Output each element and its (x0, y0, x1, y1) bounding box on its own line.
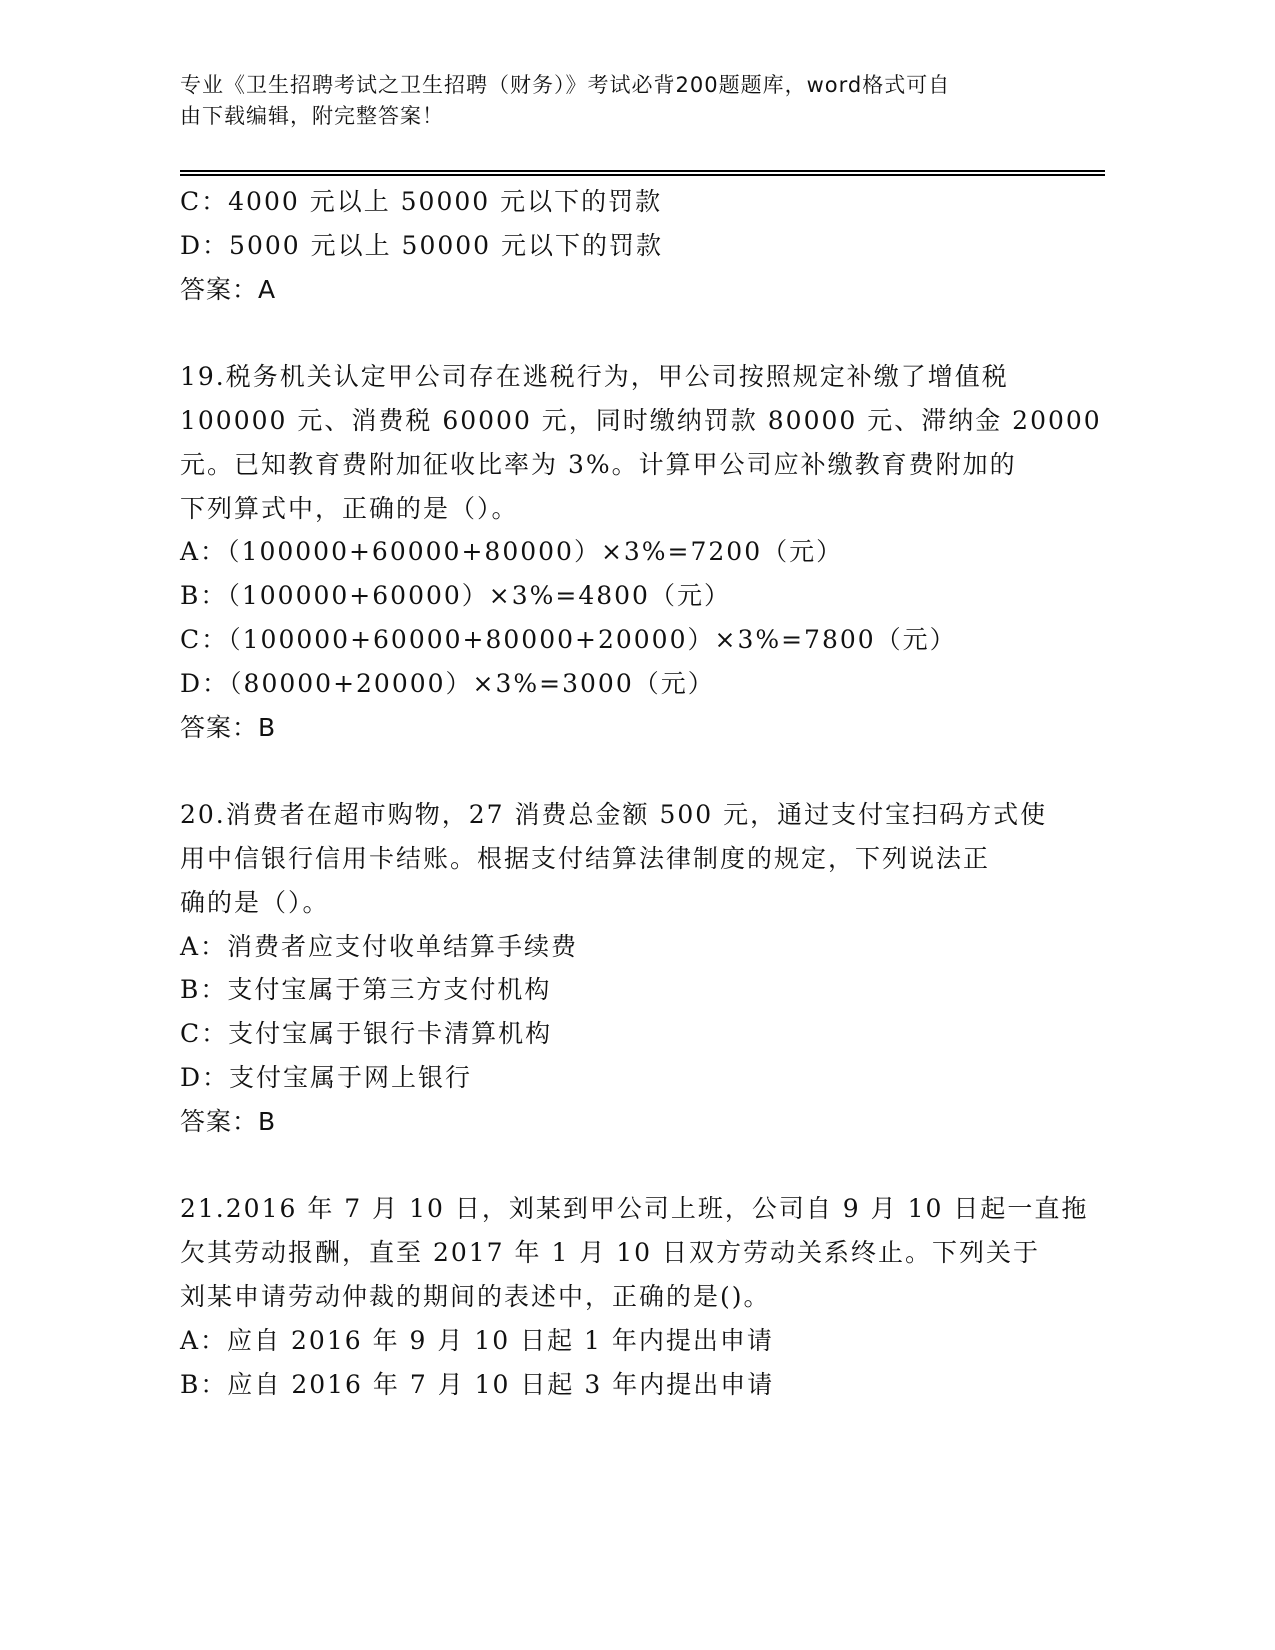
question-stem-line: 确的是（）。 (180, 881, 1040, 925)
option-a: A：消费者应支付收单结算手续费 (180, 925, 1040, 969)
document-header: 专业《卫生招聘考试之卫生招聘（财务）》考试必背200题题库，word格式可自 由… (180, 70, 1060, 132)
question-stem-line: 欠其劳动报酬，直至 2017 年 1 月 10 日双方劳动关系终止。下列关于 (180, 1231, 1040, 1275)
answer: 答案：A (180, 268, 1040, 312)
question-20: 20.消费者在超市购物，27 消费总金额 500 元，通过支付宝扫码方式使 用中… (180, 793, 1040, 1143)
prev-question-block: C：4000 元以上 50000 元以下的罚款 D：5000 元以上 50000… (180, 180, 1040, 311)
option-b: B：支付宝属于第三方支付机构 (180, 968, 1040, 1012)
question-stem-line: 21.2016 年 7 月 10 日，刘某到甲公司上班，公司自 9 月 10 日… (180, 1187, 1040, 1231)
option-a: A：应自 2016 年 9 月 10 日起 1 年内提出申请 (180, 1319, 1040, 1363)
option-b: B：应自 2016 年 7 月 10 日起 3 年内提出申请 (180, 1363, 1040, 1407)
header-double-rule (180, 170, 1105, 176)
question-stem-line: 刘某申请劳动仲裁的期间的表述中，正确的是()。 (180, 1275, 1040, 1319)
option-d: D：支付宝属于网上银行 (180, 1056, 1040, 1100)
question-stem-line: 元。已知教育费附加征收比率为 3%。计算甲公司应补缴教育费附加的 (180, 443, 1040, 487)
answer: 答案：B (180, 706, 1040, 750)
option-d: D：5000 元以上 50000 元以下的罚款 (180, 224, 1040, 268)
question-stem-line: 100000 元、消费税 60000 元，同时缴纳罚款 80000 元、滞纳金 … (180, 399, 1040, 443)
option-c: C：（100000+60000+80000+20000）×3%=7800（元） (180, 618, 1040, 662)
option-d: D：（80000+20000）×3%=3000（元） (180, 662, 1040, 706)
option-c: C：4000 元以上 50000 元以下的罚款 (180, 180, 1040, 224)
header-line-2: 由下载编辑，附完整答案！ (180, 101, 1060, 132)
document-body: C：4000 元以上 50000 元以下的罚款 D：5000 元以上 50000… (180, 180, 1040, 1406)
question-stem-line: 用中信银行信用卡结账。根据支付结算法律制度的规定，下列说法正 (180, 837, 1040, 881)
question-stem-line: 19.税务机关认定甲公司存在逃税行为，甲公司按照规定补缴了增值税 (180, 355, 1040, 399)
question-21: 21.2016 年 7 月 10 日，刘某到甲公司上班，公司自 9 月 10 日… (180, 1187, 1040, 1406)
question-19: 19.税务机关认定甲公司存在逃税行为，甲公司按照规定补缴了增值税 100000 … (180, 355, 1040, 749)
option-c: C：支付宝属于银行卡清算机构 (180, 1012, 1040, 1056)
question-stem-line: 下列算式中，正确的是（）。 (180, 487, 1040, 531)
option-b: B：（100000+60000）×3%=4800（元） (180, 574, 1040, 618)
header-line-1: 专业《卫生招聘考试之卫生招聘（财务）》考试必背200题题库，word格式可自 (180, 70, 1060, 101)
question-stem-line: 20.消费者在超市购物，27 消费总金额 500 元，通过支付宝扫码方式使 (180, 793, 1040, 837)
answer: 答案：B (180, 1100, 1040, 1144)
option-a: A：（100000+60000+80000）×3%=7200（元） (180, 530, 1040, 574)
